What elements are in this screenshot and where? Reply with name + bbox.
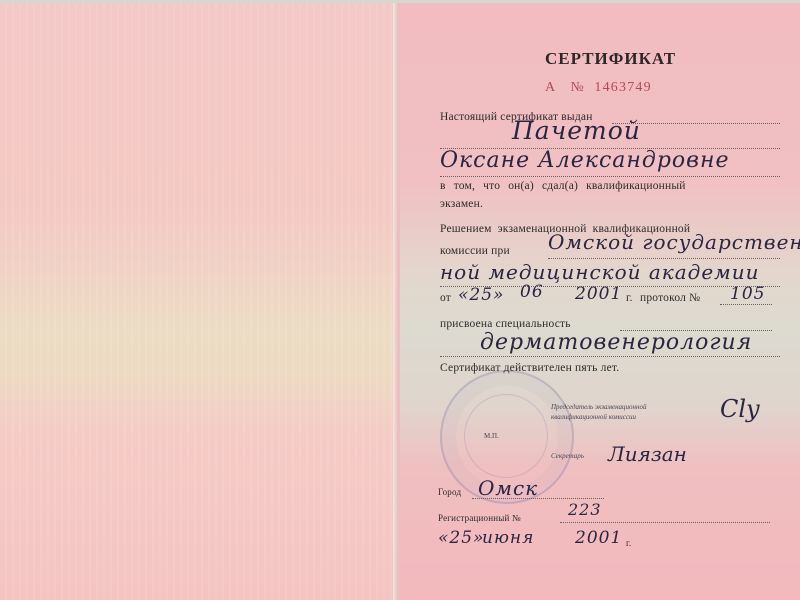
holder-name-patronymic: Оксане Александровне bbox=[440, 148, 729, 173]
institution-line-2: ной медицинской академии bbox=[440, 260, 760, 284]
issue-date-day: «25» bbox=[438, 528, 484, 548]
year-suffix: г. bbox=[626, 292, 633, 304]
decision-day: «25» bbox=[458, 285, 504, 305]
secretary-signature: Лиязан bbox=[608, 442, 687, 466]
line-city bbox=[472, 498, 604, 499]
left-page-blank bbox=[0, 3, 395, 600]
registration-number: 223 bbox=[568, 500, 602, 519]
specialty-label: присвоена специальность bbox=[440, 318, 571, 330]
protocol-number: 105 bbox=[730, 284, 765, 304]
validity-text: Сертификат действителен пять лет. bbox=[440, 362, 619, 374]
exam-text-2: экзамен. bbox=[440, 198, 483, 210]
certificate-serial: А № 1463749 bbox=[545, 80, 652, 96]
date-from-label: от bbox=[440, 292, 451, 304]
secretary-label: Секретарь bbox=[551, 452, 584, 460]
seal-stamp-inner bbox=[464, 394, 548, 478]
issue-date-year: 2001 bbox=[575, 528, 622, 548]
issue-date-month: июня bbox=[482, 528, 534, 548]
certificate-title: СЕРТИФИКАТ bbox=[545, 49, 676, 69]
specialty-value: дерматовенерология bbox=[480, 330, 752, 355]
institution-line-1: Омской государствен- bbox=[548, 230, 800, 254]
exam-text-1: в том, что он(а) сдал(а) квалификационны… bbox=[440, 180, 686, 192]
chairman-label-2: квалификационной комиссии bbox=[551, 413, 636, 421]
holder-surname: Пачетой bbox=[512, 116, 641, 145]
number-sign: № bbox=[570, 80, 585, 95]
chairman-label-1: Председатель экзаменационной bbox=[551, 403, 646, 411]
line-registration bbox=[560, 522, 770, 523]
series-letter: А bbox=[545, 80, 556, 95]
decision-month: 06 bbox=[520, 282, 544, 302]
commission-label: комиссии при bbox=[440, 245, 510, 257]
protocol-label: протокол № bbox=[640, 292, 700, 304]
city-value: Омск bbox=[478, 476, 538, 500]
seal-label: М.П. bbox=[484, 432, 499, 440]
line-specialty bbox=[440, 356, 780, 357]
line-name bbox=[440, 176, 780, 177]
city-label: Город bbox=[438, 487, 461, 497]
certificate-number: 1463749 bbox=[594, 80, 651, 95]
issue-year-suffix: г. bbox=[626, 538, 631, 548]
line-protocol bbox=[720, 304, 772, 305]
decision-year: 2001 bbox=[575, 284, 622, 304]
chairman-signature: Cly bbox=[720, 395, 760, 423]
line-institution-1 bbox=[548, 258, 780, 259]
registration-label: Регистрационный № bbox=[438, 513, 521, 523]
